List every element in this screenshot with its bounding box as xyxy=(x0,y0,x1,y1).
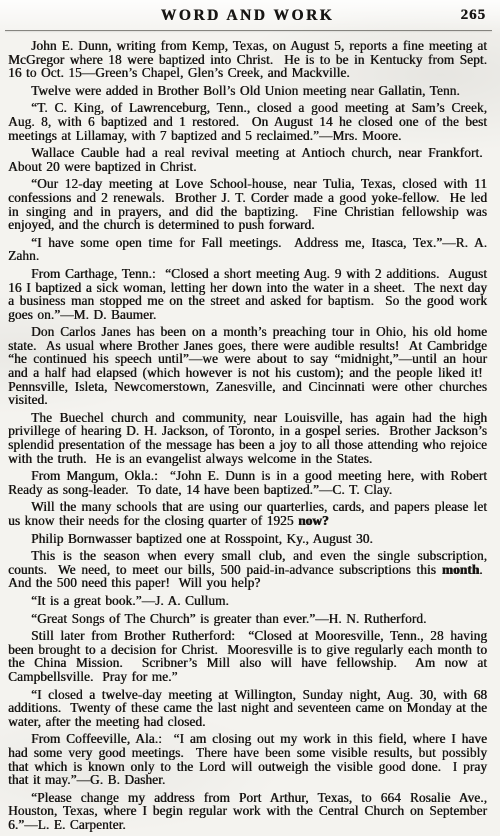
paragraph: “Please change my address from Port Arth… xyxy=(8,791,487,832)
paragraph: Philip Bornwasser baptized one at Rosspo… xyxy=(8,532,487,546)
paragraph: Don Carlos Janes has been on a month’s p… xyxy=(8,325,487,407)
page-title: WORD AND WORK xyxy=(8,7,487,25)
paragraph: The Buechel church and community, near L… xyxy=(8,411,487,465)
page-header: WORD AND WORK 265 xyxy=(8,7,487,27)
paragraph: “I closed a twelve-day meeting at Willin… xyxy=(8,688,487,729)
paragraph: This is the season when every small club… xyxy=(8,549,487,590)
paragraph: From Mangum, Okla.: “John E. Dunn is in … xyxy=(8,469,487,496)
paragraph: “Great Songs of The Church” is greater t… xyxy=(8,612,487,626)
paragraph: Will the many schools that are using our… xyxy=(8,500,487,527)
paragraph: Wallace Cauble had a real revival meetin… xyxy=(8,146,487,173)
paragraph: Twelve were added in Brother Boll’s Old … xyxy=(8,84,487,98)
paragraph: Still later from Brother Rutherford: “Cl… xyxy=(8,629,487,683)
paragraph: “T. C. King, of Lawrenceburg, Tenn., clo… xyxy=(8,101,487,142)
page-number: 265 xyxy=(461,7,487,24)
paragraph: “It is a great book.”—J. A. Cullum. xyxy=(8,594,487,608)
paragraph: From Carthage, Tenn.: “Closed a short me… xyxy=(8,267,487,321)
paragraph: “I have some open time for Fall meetings… xyxy=(8,236,487,263)
paragraph: John E. Dunn, writing from Kemp, Texas, … xyxy=(8,39,487,80)
paragraph: “Our 12-day meeting at Love School-house… xyxy=(8,177,487,231)
page-body: John E. Dunn, writing from Kemp, Texas, … xyxy=(8,39,487,831)
header-rule xyxy=(5,30,492,31)
magazine-page: WORD AND WORK 265 John E. Dunn, writing … xyxy=(0,0,500,836)
paragraph: From Coffeeville, Ala.: “I am closing ou… xyxy=(8,732,487,786)
